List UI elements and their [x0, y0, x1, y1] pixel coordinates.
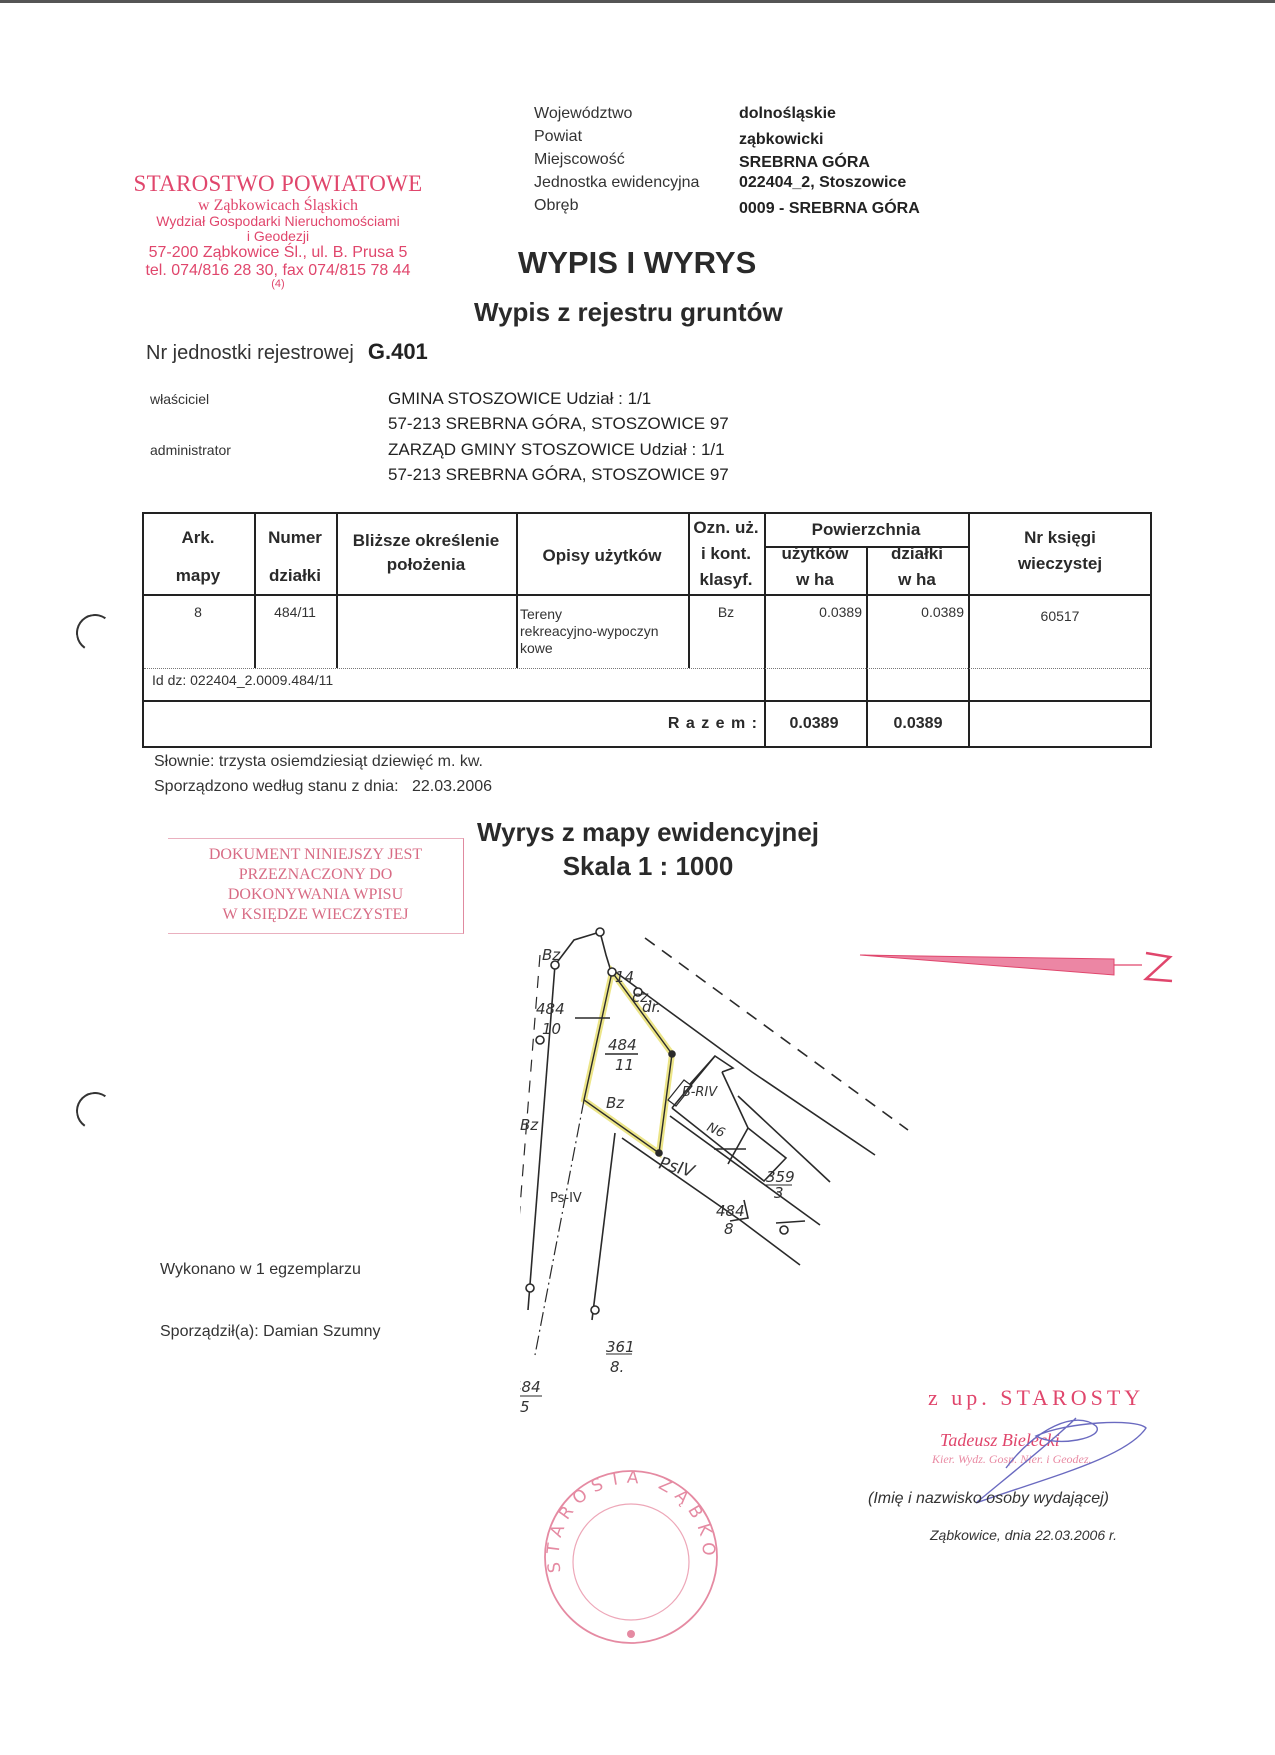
cadastral-map: Bz 14 cz. dr. 484 10 484 11 Bz B-RIV N6 … — [520, 920, 940, 1420]
issuer-code: (4) — [118, 279, 438, 291]
cell-pow-dzialki: 0.0389 — [866, 604, 964, 620]
map-label: N6 — [704, 1120, 727, 1141]
map-label: 3 — [774, 1184, 784, 1202]
map-label: 484 — [520, 1378, 541, 1396]
registry-unit: Nr jednostki rejestrowejG.401 — [146, 339, 428, 365]
prepared-by: Sporządził(a): Damian Szumny — [160, 1323, 381, 1341]
owner-name: ZARZĄD GMINY STOSZOWICE Udział : 1/1 — [388, 438, 725, 462]
map-label: Bz — [542, 946, 561, 964]
map-label: 5 — [520, 1398, 530, 1416]
issuer-stamp: STAROSTWO POWIATOWE w Ząbkowicach Śląski… — [118, 172, 438, 291]
owner-role: właściciel — [150, 387, 209, 411]
notice-line: PRZEZNACZONY DO — [168, 865, 463, 885]
location-value: SREBRNA GÓRA — [739, 151, 870, 174]
issuer-address: 57-200 Ząbkowice Śl., ul. B. Prusa 5 — [118, 244, 438, 261]
map-label: Bz — [520, 1116, 539, 1134]
header-ksiega-2: wieczystej — [968, 550, 1152, 577]
map-label: 8 — [724, 1220, 734, 1238]
issuer-name: STAROSTWO POWIATOWE — [118, 172, 438, 197]
issuer-department: Wydział Gospodarki Nieruchomościami — [118, 214, 438, 229]
land-registry-notice-stamp: DOKUMENT NINIEJSZY JEST PRZEZNACZONY DO … — [168, 838, 464, 934]
header-dzialki-2: w ha — [866, 566, 968, 593]
owner-address: 57-213 SREBRNA GÓRA, STOSZOWICE 97 — [388, 463, 729, 487]
official-seal-icon: STAROSTA ZĄBKOWICKI — [536, 1452, 726, 1652]
header-opisy: Opisy użytków — [516, 542, 688, 569]
header-numer-2: działki — [254, 562, 336, 589]
location-label: Obręb — [534, 194, 739, 217]
cell-ksiega: 60517 — [968, 608, 1152, 624]
map-label: 10 — [542, 1020, 561, 1038]
location-value: 0009 - SREBRNA GÓRA — [739, 197, 920, 220]
issuer-city: w Ząbkowicach Śląskich — [118, 197, 438, 214]
location-value: 022404_2, Stoszowice — [739, 171, 906, 194]
cell-opis: Tereny rekreacyjno-wypoczyn kowe — [520, 606, 659, 657]
map-label: Bz — [606, 1094, 625, 1112]
map-extract-heading: Wyrys z mapy ewidencyjnej Skala 1 : 1000 — [448, 815, 848, 883]
map-label: B-RIV — [682, 1085, 718, 1100]
map-label: Ps-IV — [550, 1191, 582, 1206]
scan-top-edge — [0, 0, 1275, 3]
owner-role: administrator — [150, 438, 231, 462]
header-ozn-2: i kont. — [688, 540, 764, 567]
map-label: 361 — [606, 1338, 635, 1356]
location-block: Województwodolnośląskie Powiatząbkowicki… — [534, 102, 920, 217]
header-powierzchnia: Powierzchnia — [764, 516, 968, 543]
header-ark: Ark. — [142, 524, 254, 551]
punch-hole-mark — [73, 1089, 117, 1133]
notice-line: DOKUMENT NINIEJSZY JEST — [168, 845, 463, 865]
header-uzytkow-2: w ha — [764, 566, 866, 593]
document-title: WYPIS I WYRYS — [518, 245, 756, 281]
parcel-id: Id dz: 022404_2.0009.484/11 — [152, 672, 333, 688]
location-value: ząbkowicki — [739, 128, 823, 151]
header-ozn-3: klasyf. — [688, 566, 764, 593]
registry-unit-label: Nr jednostki rejestrowej — [146, 342, 354, 364]
map-label: 11 — [615, 1056, 634, 1074]
state-as-of: Sporządzono według stanu z dnia: 22.03.2… — [154, 774, 492, 799]
issuer-department-2: i Geodezji — [118, 229, 438, 244]
total-label: R a z e m : — [572, 710, 758, 737]
area-in-words: Słownie: trzysta osiemdziesiąt dziewięć … — [154, 749, 492, 774]
document-subtitle: Wypis z rejestru gruntów — [474, 297, 783, 328]
notice-line: W KSIĘDZE WIECZYSTEJ — [168, 905, 463, 925]
map-label: 484 — [716, 1202, 745, 1220]
header-ksiega: Nr księgi — [968, 524, 1152, 551]
map-scale: Skala 1 : 1000 — [448, 849, 848, 883]
location-value: dolnośląskie — [739, 102, 836, 125]
location-label: Powiat — [534, 125, 739, 148]
map-extract-title: Wyrys z mapy ewidencyjnej — [448, 815, 848, 849]
cell-ozn: Bz — [688, 604, 764, 620]
area-in-words-block: Słownie: trzysta osiemdziesiąt dziewięć … — [154, 749, 492, 799]
header-ark-2: mapy — [142, 562, 254, 589]
total-dzialki: 0.0389 — [866, 710, 970, 737]
total-uzytkow: 0.0389 — [764, 710, 864, 737]
location-label: Jednostka ewidencyjna — [534, 171, 739, 194]
punch-hole-mark — [73, 611, 117, 655]
location-label: Województwo — [534, 102, 739, 125]
map-label: 14 — [615, 968, 634, 986]
location-label: Miejscowość — [534, 148, 739, 171]
cell-numer: 484/11 — [254, 604, 336, 620]
header-dzialki: działki — [866, 540, 968, 567]
map-label: 484 — [536, 1000, 565, 1018]
notice-line: DOKONYWANIA WPISU — [168, 885, 463, 905]
cell-opis-line: kowe — [520, 640, 659, 657]
header-blizsze-2: położenia — [336, 551, 516, 578]
issuer-caption: (Imię i nazwisko osoby wydającej) — [868, 1490, 1109, 1508]
owner-name: GMINA STOSZOWICE Udział : 1/1 — [388, 387, 651, 411]
issue-date: Ząbkowice, dnia 22.03.2006 r. — [930, 1527, 1117, 1543]
land-register-table: Ark. mapy Numer działki Bliższe określen… — [142, 512, 1152, 748]
cell-opis-line: rekreacyjno-wypoczyn — [520, 623, 659, 640]
cell-opis-line: Tereny — [520, 606, 659, 623]
map-label: dr. — [642, 998, 661, 1016]
copies-note: Wykonano w 1 egzemplarzu — [160, 1261, 361, 1279]
header-blizsze: Bliższe określenie — [336, 527, 516, 554]
cell-pow-uzytkow: 0.0389 — [764, 604, 862, 620]
cell-ark: 8 — [142, 604, 254, 620]
map-label: PsIV — [657, 1154, 698, 1183]
header-uzytkow: użytków — [764, 540, 866, 567]
owner-address: 57-213 SREBRNA GÓRA, STOSZOWICE 97 — [388, 412, 729, 436]
issuer-phone: tel. 074/816 28 30, fax 074/815 78 44 — [118, 262, 438, 279]
map-label: 484 — [608, 1036, 637, 1054]
header-numer: Numer — [254, 524, 336, 551]
map-label: 8. — [610, 1358, 624, 1376]
registry-unit-value: G.401 — [368, 339, 428, 364]
header-ozn: Ozn. uż. — [688, 514, 764, 541]
